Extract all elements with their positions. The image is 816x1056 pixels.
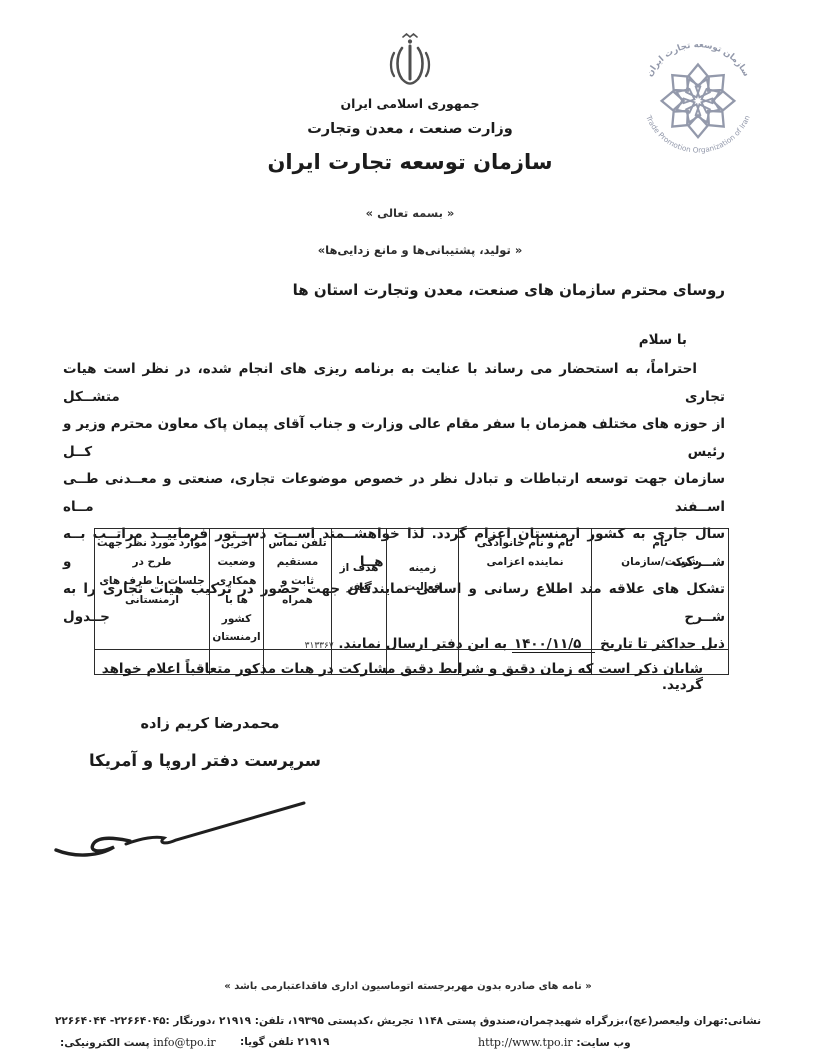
website-value: http://www.tpo.ir: [478, 1036, 573, 1049]
voice-phone-label: تلفن گویا:: [240, 1036, 294, 1048]
col-contact-phone-label: تلفن تماس مستقیم ثابت و همراه: [268, 537, 326, 606]
svg-text:سازمان توسعه تجارت ایران: سازمان توسعه تجارت ایران: [645, 40, 751, 78]
ministry-title: وزارت صنعت ، معدن وتجارت: [270, 121, 550, 137]
tpo-logo-en-text: Trade Promotion Organization of Iran: [644, 113, 752, 155]
website-block: http://www.tpo.ir وب سایت:: [478, 1036, 631, 1049]
besmeleh-line: « بسمه تعالی »: [310, 206, 510, 220]
addressee-heading: روسای محترم سازمان های صنعت، معدن وتجارت…: [63, 281, 725, 299]
email-label: پست الکترونیکی:: [60, 1037, 150, 1049]
closing-note: شایان ذکر است که زمان دقیق و شرایط دقیق …: [63, 661, 725, 693]
salutation: با سلام: [63, 332, 725, 348]
handwritten-signature: [48, 792, 313, 870]
col-trip-purpose-label: هدف از سفر: [340, 562, 379, 593]
col-cooperation-status-label: آخرین وضعیت همکاری ها با کشور ارمنستان: [212, 537, 260, 643]
iran-emblem-icon: [383, 33, 437, 93]
scanned-letter-page: جمهوری اسلامی ایران وزارت صنعت ، معدن وت…: [0, 0, 816, 1056]
col-activity-field: زمینه فعالیت: [387, 529, 459, 650]
delegates-table: نام شرکت/سازمان نام و نام خانوادگی نماین…: [93, 528, 729, 675]
validity-notice: « نامه های صادره بدون مهربرجسته اتوماسیو…: [0, 981, 816, 992]
address-line: نشانی:تهران ولیعصر(عج)،بزرگراه شهیدچمران…: [18, 1015, 798, 1027]
republic-title: جمهوری اسلامی ایران: [290, 96, 530, 111]
col-representative-name: نام و نام خانوادگی نماینده اعزامی: [459, 529, 592, 650]
col-representative-name-label: نام و نام خانوادگی نماینده اعزامی: [477, 537, 573, 568]
contact-row: پست الکترونیکی: info@tpo.ir تلفن گویا: ۲…: [0, 1036, 816, 1056]
signatory-name: محمدرضا کریم زاده: [100, 716, 320, 732]
col-trip-purpose: هدف از سفر: [332, 529, 387, 650]
voice-phone-block: تلفن گویا: ۲۱۹۱۹: [240, 1036, 329, 1048]
col-cooperation-status: آخرین وضعیت همکاری ها با کشور ارمنستان: [210, 529, 264, 650]
tpo-logo-fa-text: سازمان توسعه تجارت ایران: [645, 40, 751, 78]
body-line: احتراماً، به استحضار می رساند با عنایت ب…: [63, 356, 725, 411]
year-slogan: « تولید، پشتیبانی‌ها و مانع زدایی‌ها»: [260, 243, 580, 257]
signatory-title: سرپرست دفتر اروپا و آمریکا: [70, 751, 340, 770]
voice-phone-value: ۲۱۹۱۹: [297, 1036, 329, 1048]
organization-title: سازمان توسعه تجارت ایران: [240, 150, 580, 174]
body-line: سازمان جهت توسعه ارتباطات و تبادل نظر در…: [63, 466, 725, 521]
email-value: info@tpo.ir: [153, 1036, 215, 1049]
tpo-logo-rosette: [662, 64, 735, 137]
col-company-name-label: نام شرکت/سازمان: [621, 537, 699, 568]
body-line: از حوزه های مختلف همزمان با سفر مقام عال…: [63, 411, 725, 466]
col-discussion-items: موارد مورد نظر جهت طرح در جلسات با طرف ه…: [95, 529, 210, 650]
tpo-logo-icon: سازمان توسعه تجارت ایران Trade Promotion…: [628, 30, 768, 164]
website-label: وب سایت:: [576, 1037, 630, 1049]
col-contact-phone: تلفن تماس مستقیم ثابت و همراه: [264, 529, 332, 650]
col-discussion-items-label: موارد مورد نظر جهت طرح در جلسات با طرف ه…: [97, 537, 207, 606]
col-company-name: نام شرکت/سازمان: [592, 529, 729, 650]
col-activity-field-label: زمینه فعالیت: [404, 562, 440, 593]
email-block: پست الکترونیکی: info@tpo.ir: [60, 1036, 216, 1049]
svg-text:Trade Promotion Organization o: Trade Promotion Organization of Iran: [644, 113, 752, 155]
